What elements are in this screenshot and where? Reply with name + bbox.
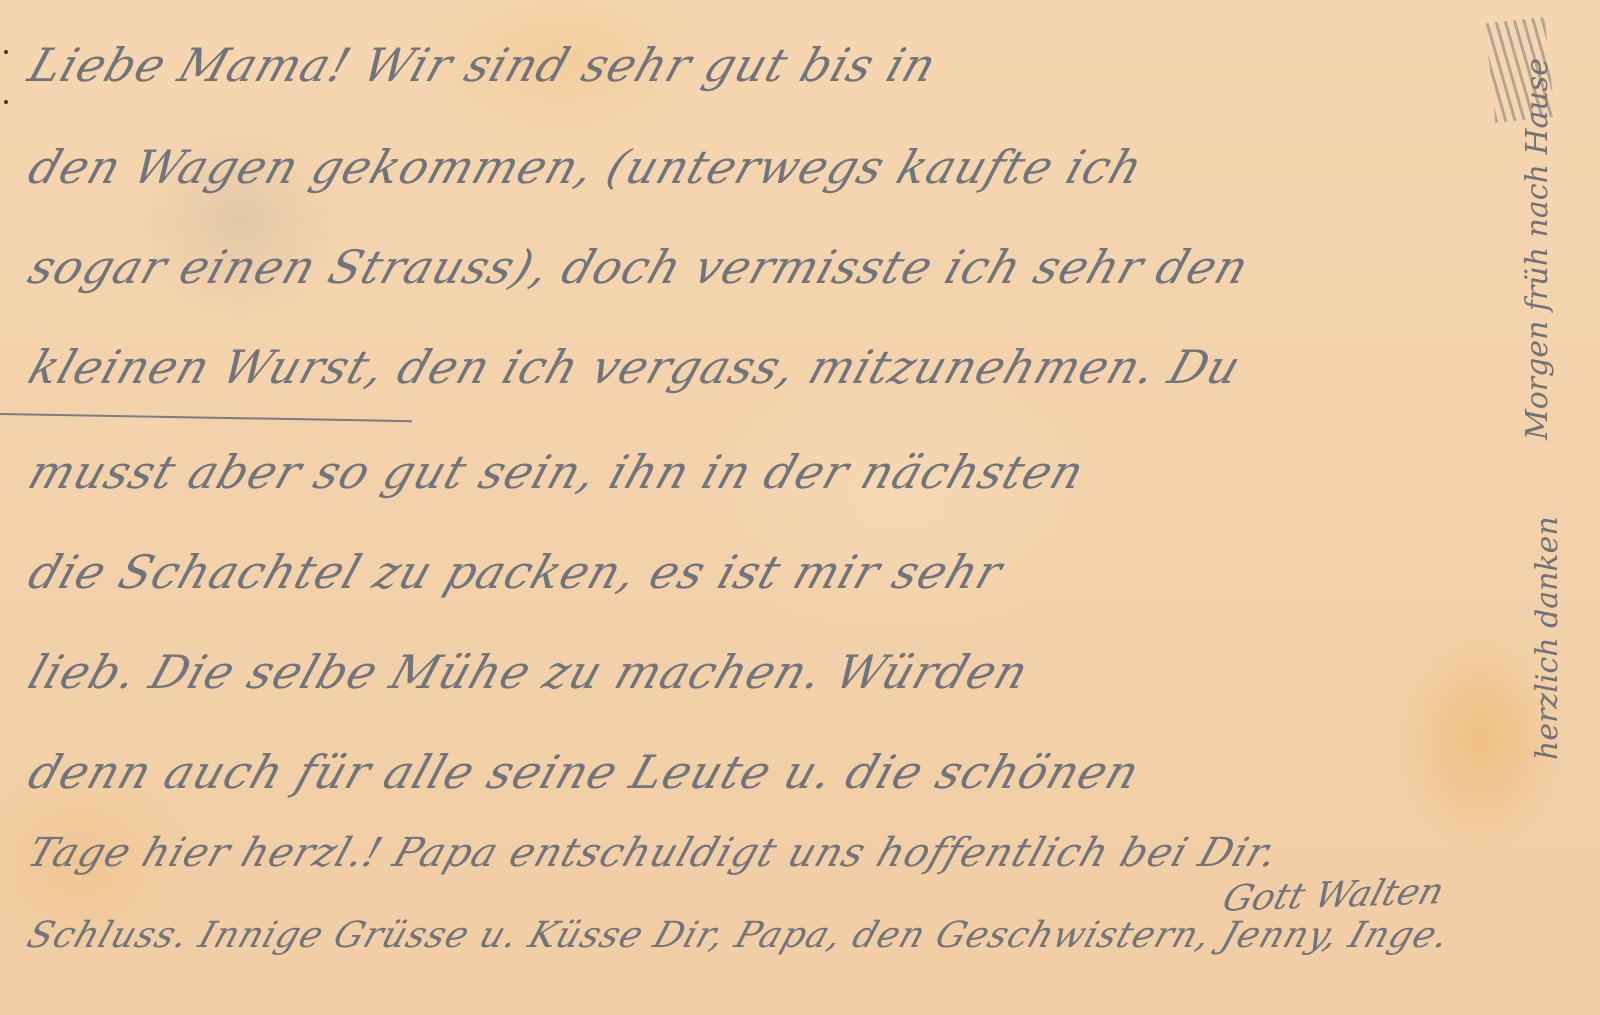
margin-note-top: Morgen früh nach Hause — [1520, 58, 1555, 440]
letter-line-10: Schluss. Innige Grüsse u. Küsse Dir, Pap… — [22, 915, 1455, 956]
paper-speck — [4, 50, 8, 54]
margin-note-bottom: herzlich danken — [1530, 516, 1565, 760]
letter-line-9: Tage hier herzl.! Papa entschuldigt uns … — [22, 830, 1284, 876]
letter-line-5: musst aber so gut sein, ihn in der nächs… — [22, 445, 1092, 499]
letter-line-4: kleinen Wurst, den ich vergass, mitzuneh… — [22, 340, 1248, 394]
letter-line-2: den Wagen gekommen, (unterwegs kaufte ic… — [22, 140, 1150, 194]
letter-line-8: denn auch für alle seine Leute u. die sc… — [22, 745, 1147, 799]
underline-stroke — [0, 413, 412, 422]
paper-speck — [4, 100, 8, 104]
postcard: Liebe Mama! Wir sind sehr gut bis in den… — [0, 0, 1600, 1015]
letter-line-6: die Schachtel zu packen, es ist mir sehr — [22, 545, 1010, 599]
signature: Gott Walten — [1218, 871, 1449, 920]
letter-line-7: lieb. Die selbe Mühe zu machen. Würden — [22, 645, 1036, 699]
letter-line-3: sogar einen Strauss), doch vermisste ich… — [22, 240, 1256, 294]
letter-line-1: Liebe Mama! Wir sind sehr gut bis in — [22, 38, 944, 92]
